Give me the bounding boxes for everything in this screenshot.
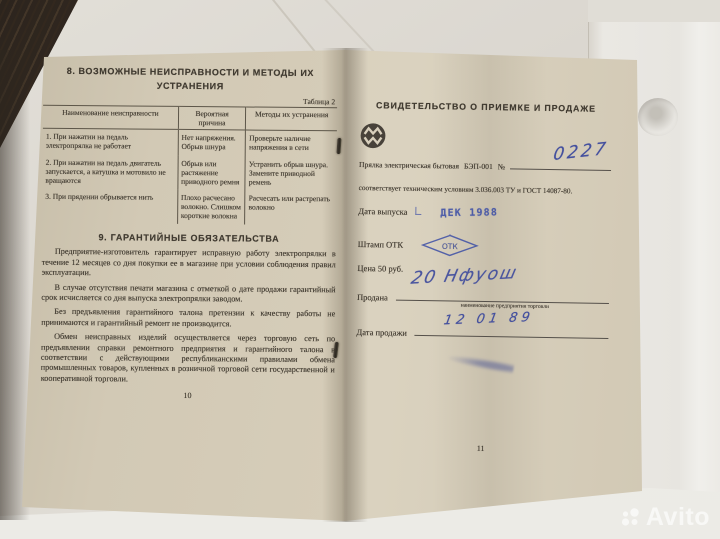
cell-cause: Нет напряжения. Обрыв шнура: [178, 130, 246, 156]
svg-text:ОТК: ОТК: [442, 242, 459, 251]
avito-watermark: Avito: [621, 503, 710, 532]
fault-table-header-row: Наименование неисправности Вероятная при…: [43, 105, 337, 131]
stamp-mark: [415, 207, 421, 215]
cell-remedy: Проверьте наличие напряжения в сети: [246, 130, 337, 157]
warranty-paragraph: Обмен неисправных изделий осуществляется…: [41, 332, 335, 387]
otk-label: Штамп ОТК: [358, 239, 403, 250]
col-header-remedy: Методы их устранения: [246, 107, 337, 131]
box-dent: [638, 98, 678, 136]
table-row: 1. При нажатии на педаль электропрялка н…: [43, 129, 337, 157]
otk-stamp-icon: ОТК: [421, 234, 479, 257]
cell-fault: 1. При нажатии на педаль электропрялка н…: [43, 129, 178, 156]
otk-row: Штамп ОТК ОТК: [358, 233, 610, 259]
product-model: БЭП-001: [464, 162, 493, 171]
issue-date-stamp: ДЕК 1988: [440, 207, 498, 219]
col-header-cause: Вероятная причина: [178, 106, 246, 130]
warranty-paragraph: Предприятие-изготовитель гарантирует исп…: [42, 247, 336, 281]
number-sign: №: [498, 162, 505, 171]
cell-remedy: Устранить обрыв шнура. Замените приводно…: [245, 156, 336, 191]
col-header-fault: Наименование неисправности: [43, 105, 178, 129]
section9-heading: 9. ГАРАНТИЙНЫЕ ОБЯЗАТЕЛЬСТВА: [42, 232, 336, 245]
cell-cause: Плохо расчесано волокно. Слишком коротки…: [177, 190, 245, 225]
cell-fault: 3. При прядении обрывается нить: [42, 189, 178, 225]
sold-label: Продана: [357, 292, 388, 302]
section8-heading: 8. ВОЗМОЖНЫЕ НЕИСПРАВНОСТИ И МЕТОДЫ ИХ У…: [49, 65, 331, 94]
cell-fault: 2. При нажатии на педаль двигатель запус…: [42, 154, 178, 190]
left-page-content: 8. ВОЗМОЖНЫЕ НЕИСПРАВНОСТИ И МЕТОДЫ ИХ У…: [41, 65, 338, 402]
table-row: 3. При прядении обрывается нить Плохо ра…: [42, 189, 336, 226]
issue-date-label: Дата выпуска: [358, 206, 407, 217]
box-rim-top-right: [588, 0, 720, 24]
avito-dots-icon: [621, 508, 641, 528]
manufacturer-logo-icon: [359, 122, 386, 149]
sale-date-label: Дата продажи: [356, 327, 407, 338]
product-name: Прялка электрическая бытовая: [359, 160, 459, 171]
cell-remedy: Расчесать или растрепать волокно: [245, 190, 336, 225]
warranty-paragraph: Без предъявления гарантийного талона пре…: [41, 307, 335, 330]
warranty-paragraph: В случае отсутствия печати магазина с от…: [41, 282, 335, 305]
watermark-brand-text: Avito: [646, 503, 710, 532]
table-row: 2. При нажатии на педаль двигатель запус…: [42, 154, 336, 191]
photo-of-booklet: 8. ВОЗМОЖНЫЕ НЕИСПРАВНОСТИ И МЕТОДЫ ИХ У…: [0, 0, 720, 539]
fault-table: Наименование неисправности Вероятная при…: [42, 105, 337, 226]
cell-cause: Обрыв или растяжение приводного ремня: [178, 155, 246, 190]
